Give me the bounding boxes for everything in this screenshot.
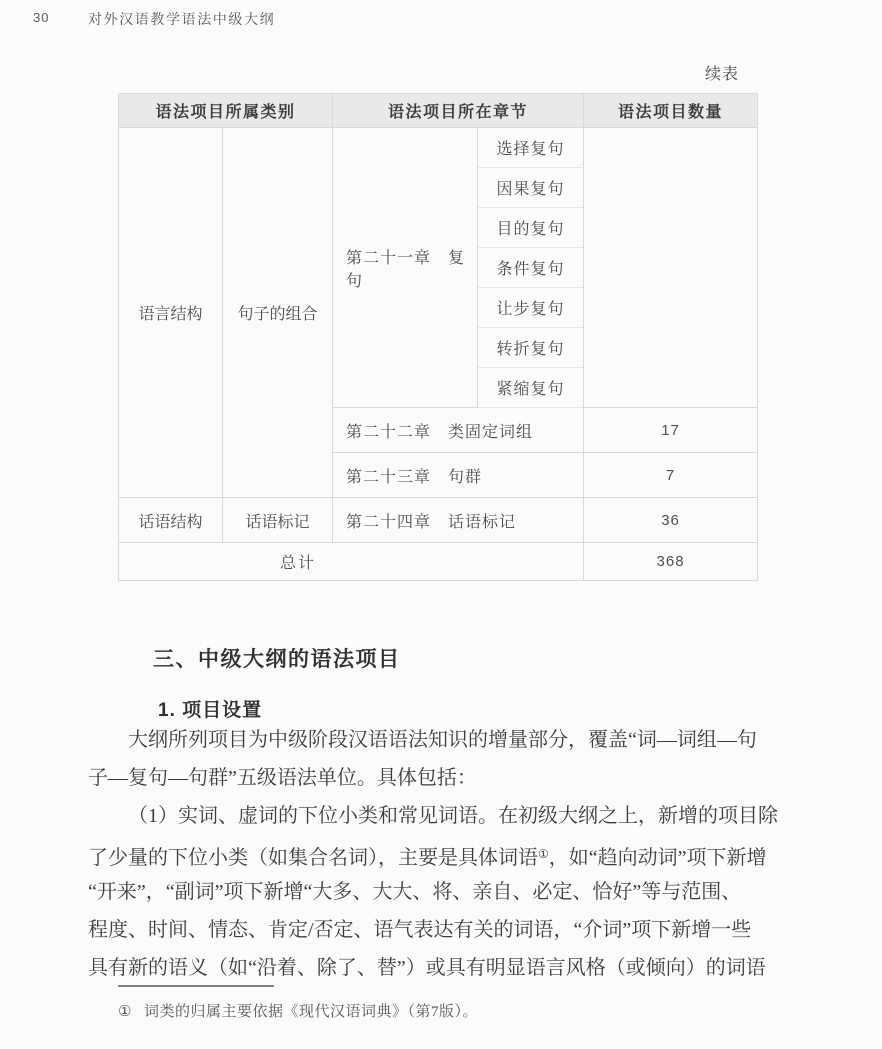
body-line: 大纲所列项目为中级阶段汉语语法知识的增量部分，覆盖“词—词组—句 (88, 721, 808, 759)
cell-chapter-24: 第二十四章话语标记 (333, 498, 584, 543)
cell-total-label: 总计 (119, 543, 584, 581)
chapter-23-title: 句群 (448, 469, 482, 486)
body-line-part: 了少量的下位小类（如集合名词），主要是具体词语 (88, 847, 538, 869)
cell-chapter-23: 第二十三章句群 (333, 453, 584, 498)
continued-table-label: 续表 (118, 61, 757, 84)
cell-complex-type: 因果复句 (478, 168, 584, 208)
footnote-text: 词类的归属主要依据《现代汉语词典》（第7版）。 (144, 1004, 478, 1020)
body-line: 具有新的语义（如“沿着、除了、替”）或具有明显语言风格（或倾向）的词语 (88, 949, 808, 987)
page-number: 30 (33, 10, 49, 25)
cell-subcategory-group: 句子的组合 (223, 128, 333, 498)
footnote-divider (118, 985, 274, 987)
table-row: 语言结构 句子的组合 第二十一章复句 选择复句 (119, 128, 758, 168)
cell-chapter-22: 第二十二章类固定词组 (333, 408, 584, 453)
table-total-row: 总计 368 (119, 543, 758, 581)
cell-discourse-subcategory: 话语标记 (223, 498, 333, 543)
cell-discourse-category: 话语结构 (119, 498, 223, 543)
cell-complex-type: 目的复句 (478, 208, 584, 248)
grammar-items-table: 语法项目所属类别 语法项目所在章节 语法项目数量 语言结构 句子的组合 第二十一… (118, 93, 758, 581)
cell-total-count: 368 (584, 543, 758, 581)
subsection-title: 1. 项目设置 (158, 695, 262, 722)
running-title: 对外汉语教学语法中级大纲 (88, 9, 275, 29)
chapter-22-title: 类固定词组 (448, 424, 533, 441)
cell-complex-type: 转折复句 (478, 328, 584, 368)
body-text: 大纲所列项目为中级阶段汉语语法知识的增量部分，覆盖“词—词组—句 子—复句—句群… (88, 721, 808, 987)
cell-count: 36 (584, 498, 758, 543)
chapter-24-number: 第二十四章 (346, 514, 431, 531)
body-line: 了少量的下位小类（如集合名词），主要是具体词语①，如“趋向动词”项下新增 (88, 835, 808, 873)
book-page: 30 对外汉语教学语法中级大纲 续表 语法项目所属类别 语法项目所在章节 语法项… (0, 0, 882, 1049)
section-title: 三、中级大纲的语法项目 (153, 643, 401, 673)
body-line-part: ，如“趋向动词”项下新增 (549, 847, 767, 869)
cell-count-empty (584, 128, 758, 408)
cell-complex-type: 条件复句 (478, 248, 584, 288)
cell-complex-type: 选择复句 (478, 128, 584, 168)
cell-count: 17 (584, 408, 758, 453)
chapter-22-number: 第二十二章 (346, 424, 431, 441)
footnote: ①词类的归属主要依据《现代汉语词典》（第7版）。 (118, 1000, 478, 1021)
cell-count: 7 (584, 453, 758, 498)
body-line: 子—复句—句群”五级语法单位。具体包括： (88, 759, 808, 797)
footnote-reference: ① (538, 847, 549, 861)
cell-complex-type: 紧缩复句 (478, 368, 584, 408)
table-row: 话语结构 话语标记 第二十四章话语标记 36 (119, 498, 758, 543)
body-line: “开来”，“副词”项下新增“大多、大大、将、亲自、必定、恰好”等与范围、 (88, 873, 808, 911)
cell-chapter-21: 第二十一章复句 (333, 128, 478, 408)
body-line: 程度、时间、情态、肯定/否定、语气表达有关的词语，“介词”项下新增一些 (88, 911, 808, 949)
chapter-23-number: 第二十三章 (346, 469, 431, 486)
cell-category-group: 语言结构 (119, 128, 223, 498)
running-header: 30 对外汉语教学语法中级大纲 (0, 9, 882, 29)
header-category: 语法项目所属类别 (119, 94, 333, 128)
chapter-24-title: 话语标记 (448, 514, 516, 531)
header-count: 语法项目数量 (584, 94, 758, 128)
footnote-marker: ① (118, 1004, 132, 1020)
body-line: （1）实词、虚词的下位小类和常见词语。在初级大纲之上，新增的项目除 (88, 797, 808, 835)
header-chapter: 语法项目所在章节 (333, 94, 584, 128)
chapter-21-number: 第二十一章 (346, 250, 431, 267)
cell-complex-type: 让步复句 (478, 288, 584, 328)
table-header-row: 语法项目所属类别 语法项目所在章节 语法项目数量 (119, 94, 758, 128)
grammar-items-table-wrap: 语法项目所属类别 语法项目所在章节 语法项目数量 语言结构 句子的组合 第二十一… (118, 93, 758, 581)
